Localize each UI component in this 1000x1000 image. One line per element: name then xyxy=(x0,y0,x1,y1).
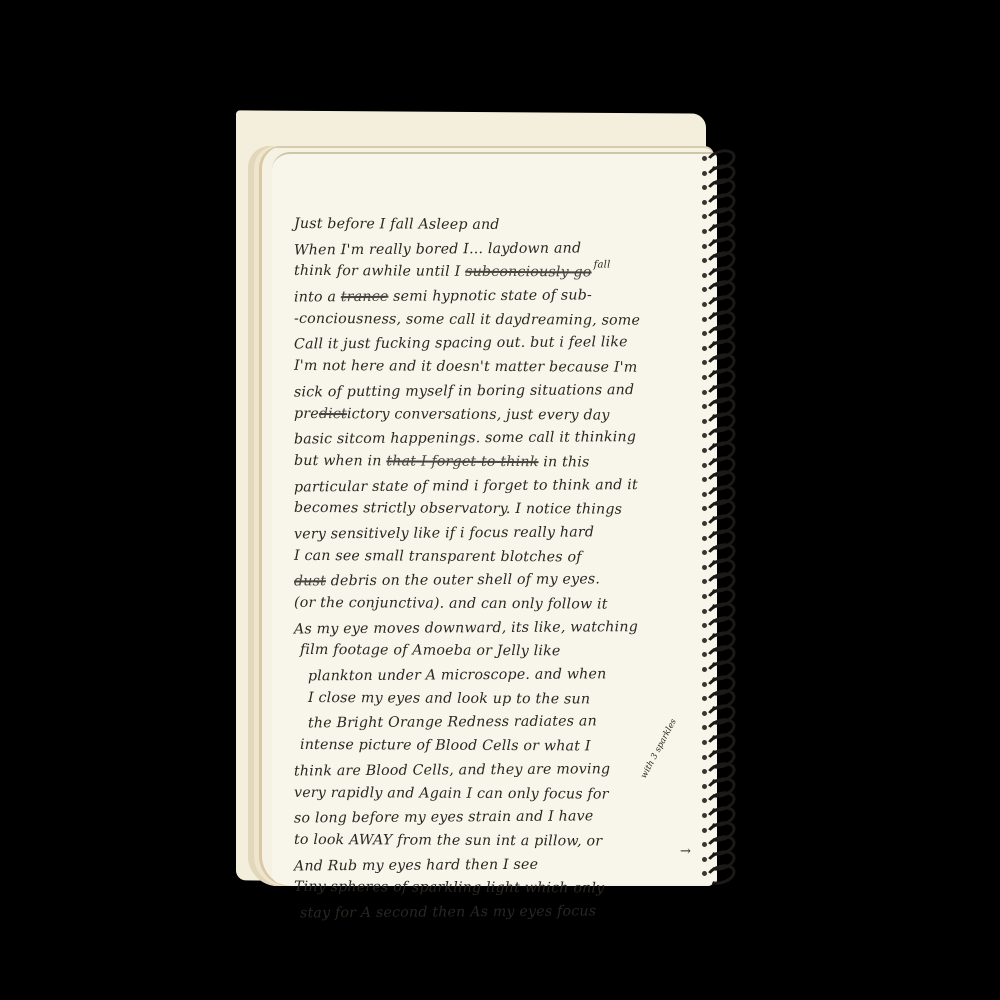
text-line: becomes strictly observatory. I notice t… xyxy=(294,497,714,523)
punch-hole xyxy=(702,813,707,818)
text-line: And Rub my eyes hard then I see xyxy=(294,852,714,879)
text-line: I close my eyes and look up to the sun xyxy=(294,687,714,713)
punch-hole xyxy=(702,638,707,643)
text-line: As my eye moves downward, its like, watc… xyxy=(294,615,714,642)
text-line: very rapidly and Again I can only focus … xyxy=(294,781,714,807)
punch-hole xyxy=(702,711,707,716)
text-line: I'm not here and it doesn't matter becau… xyxy=(294,355,714,381)
punch-hole xyxy=(702,346,707,351)
text-line: Call it just fucking spacing out. but i … xyxy=(294,331,714,358)
text-line: the Bright Orange Redness radiates an xyxy=(294,710,714,737)
punch-hole xyxy=(702,200,707,205)
text-line: (or the conjunctiva). and can only follo… xyxy=(294,592,714,618)
punch-hole xyxy=(702,317,707,322)
text-line: basic sitcom happenings. some call it th… xyxy=(294,426,714,453)
punch-hole xyxy=(702,609,707,614)
punch-hole xyxy=(702,565,707,570)
punch-hole xyxy=(702,375,707,380)
crossed-out-text: that I forget to think xyxy=(386,453,538,470)
punch-hole xyxy=(702,828,707,833)
punch-hole xyxy=(702,244,707,249)
text-line: into a trance semi hypnotic state of sub… xyxy=(294,284,714,311)
punch-hole xyxy=(702,171,707,176)
text-line: plankton under A microscope. and when xyxy=(294,663,714,690)
text-line: When I'm really bored I... laydown and xyxy=(294,236,714,263)
punch-hole xyxy=(702,857,707,862)
inserted-word: fall xyxy=(594,260,611,271)
text-line: stay for A second then As my eyes focus xyxy=(294,899,714,926)
punch-hole xyxy=(702,463,707,468)
punch-hole xyxy=(702,755,707,760)
crossed-out-text: dict xyxy=(319,406,347,422)
continue-arrow-icon: → xyxy=(680,844,691,859)
text-line: to look AWAY from the sun int a pillow, … xyxy=(294,829,714,855)
text-line: Tiny spheres of sparkling light which on… xyxy=(294,876,714,902)
notebook-page: Just before I fall Asleep and When I'm r… xyxy=(272,152,717,884)
punch-hole xyxy=(702,302,707,307)
punch-hole xyxy=(702,419,707,424)
punch-hole xyxy=(702,273,707,278)
text-line: -conciousness, some call it daydreaming,… xyxy=(294,308,714,334)
spiral-notebook: Just before I fall Asleep and When I'm r… xyxy=(232,108,747,898)
punch-hole xyxy=(702,594,707,599)
crossed-out-text: subconciously go xyxy=(465,264,592,281)
punch-hole xyxy=(702,448,707,453)
punch-hole xyxy=(702,492,707,497)
text-line: very sensitively like if i focus really … xyxy=(294,520,714,547)
punch-hole xyxy=(702,536,707,541)
punch-hole xyxy=(702,784,707,789)
text-line: dust debris on the outer shell of my eye… xyxy=(294,568,714,595)
text-line: think for awhile until I subconciously g… xyxy=(294,260,714,286)
text-line: but when in that I forget to think in th… xyxy=(294,450,714,476)
spiral-binding xyxy=(702,138,742,898)
punch-hole xyxy=(702,390,707,395)
text-line: so long before my eyes strain and I have xyxy=(294,805,714,832)
punch-hole xyxy=(702,682,707,687)
punch-hole xyxy=(702,667,707,672)
text-line: particular state of mind i forget to thi… xyxy=(294,473,714,500)
crossed-out-text: dust xyxy=(294,574,326,590)
text-line: Just before I fall Asleep and xyxy=(294,213,714,239)
crossed-out-text: trance xyxy=(341,289,389,305)
handwritten-text: Just before I fall Asleep and When I'm r… xyxy=(294,214,714,925)
punch-hole xyxy=(702,521,707,526)
text-line: predictictory conversations, just every … xyxy=(294,402,714,428)
punch-hole xyxy=(702,740,707,745)
text-line: sick of putting myself in boring situati… xyxy=(294,378,714,405)
punch-hole xyxy=(702,229,707,234)
punch-hole xyxy=(702,156,707,161)
text-line: I can see small transparent blotches of xyxy=(294,545,714,571)
text-line: film footage of Amoeba or Jelly like xyxy=(294,639,714,665)
